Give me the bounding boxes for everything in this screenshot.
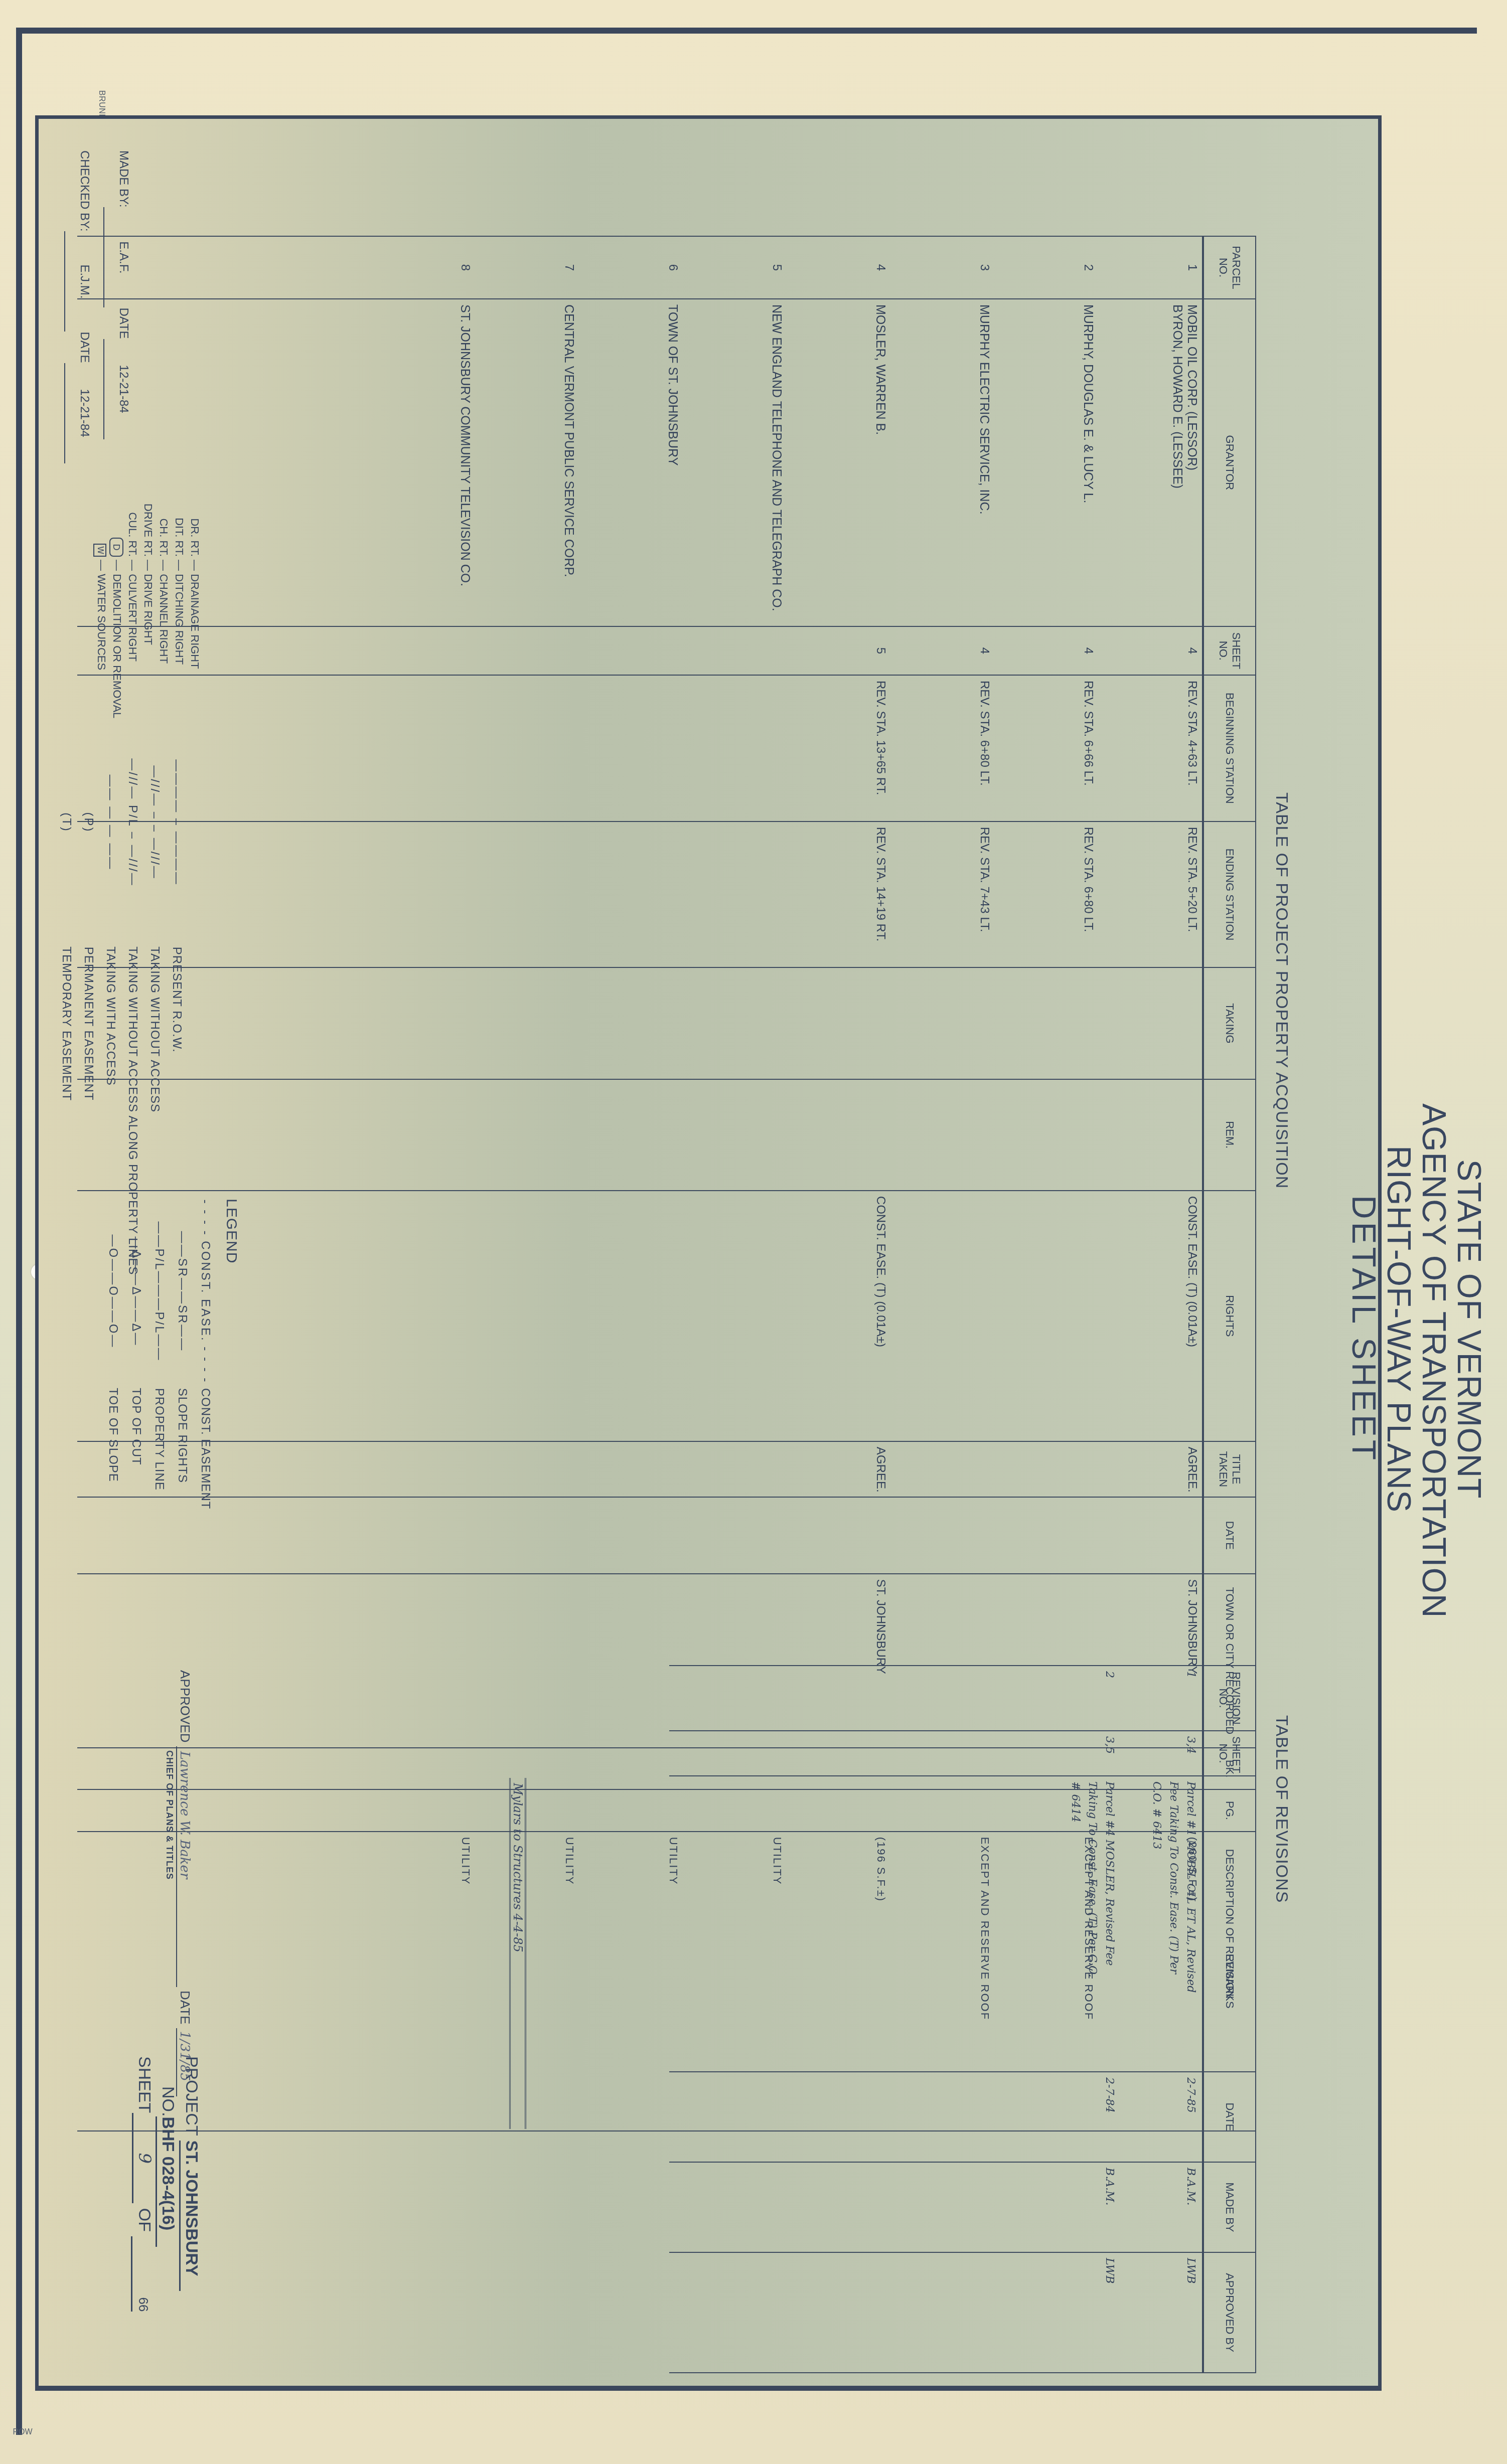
cell-rem bbox=[579, 1079, 683, 1191]
title-line: DETAIL SHEET bbox=[1346, 1103, 1382, 1555]
empty-cell bbox=[77, 1574, 168, 1748]
project-block: PROJECT ST. JOHNSBURY NO.BHF 028-4(16) S… bbox=[131, 2056, 203, 2312]
line-symbol-icon: - - - - CONST. EASE. - - - - bbox=[194, 1199, 217, 1384]
cell-no: 2 bbox=[1039, 1666, 1121, 1731]
abbreviation-value: DEMOLITION OR REMOVAL bbox=[111, 574, 123, 718]
col-header: SHEET NO. bbox=[1203, 1731, 1256, 1776]
cell-date bbox=[579, 1497, 683, 1574]
row-legend-label: PERMANENT EASEMENT bbox=[82, 947, 95, 1101]
drawing-sheet: BRUNING 44-131 40992 STATE OF VERMONT AG… bbox=[0, 0, 1507, 2464]
col-header: TITLE TAKEN bbox=[1203, 1441, 1256, 1497]
project-label: PROJECT bbox=[182, 2056, 201, 2136]
cell-parcel: 6 bbox=[579, 236, 683, 299]
empty-cell bbox=[669, 1776, 1039, 2072]
cell-remarks: UTILITY bbox=[168, 1832, 475, 2131]
line-symbol-icon: —///— P/L – —///— bbox=[121, 702, 143, 943]
abbreviation-key: CH. RT. bbox=[156, 502, 172, 557]
cell-date bbox=[475, 1497, 579, 1574]
line-symbol-icon: ——P/L———P/L—— bbox=[147, 1199, 171, 1384]
cell-rights bbox=[994, 1191, 1098, 1441]
line-symbol-icon: —///— – – —///— bbox=[143, 702, 166, 943]
cell-remarks: UTILITY bbox=[475, 1832, 579, 2131]
cell-approved-by: LWB bbox=[1039, 2252, 1121, 2373]
cell-begin: REV. STA. 4+63 LT. bbox=[1098, 675, 1203, 822]
empty-cell bbox=[669, 1666, 1039, 1731]
cell-rem bbox=[168, 1079, 475, 1191]
row-symbol-legend: ———— – ———— PRESENT R.O.W.—///— – – —///… bbox=[55, 702, 188, 1275]
cell-title-taken: AGREE. bbox=[1098, 1441, 1203, 1497]
row-legend-label: TAKING WITH ACCESS bbox=[104, 946, 117, 1086]
legend-item: —Δ——Δ——Δ— TOP OF CUT bbox=[124, 1199, 147, 1509]
empty-cell bbox=[669, 2072, 1039, 2162]
col-header: MADE BY bbox=[1203, 2162, 1256, 2252]
cell-rem bbox=[475, 1079, 579, 1191]
sheet-total: 66 bbox=[131, 2236, 155, 2312]
cell-end: REV. STA. 7+43 LT. bbox=[890, 822, 994, 968]
col-header: DATE bbox=[1203, 1497, 1256, 1574]
empty-cell bbox=[669, 2162, 1039, 2252]
dash: — bbox=[126, 557, 139, 574]
cell-begin bbox=[579, 675, 683, 822]
abbreviation-value: DRAINAGE RIGHT bbox=[189, 574, 201, 669]
cell-pg bbox=[168, 1789, 475, 1831]
row-legend-item: —///— – – —///— TAKING WITHOUT ACCESS bbox=[143, 702, 166, 1275]
dash: — bbox=[173, 557, 186, 574]
col-header: REM. bbox=[1203, 1079, 1256, 1191]
cell-sheet bbox=[579, 626, 683, 675]
cell-sheet bbox=[168, 626, 475, 675]
cell-approved-by: LWB bbox=[1121, 2252, 1203, 2373]
abbreviation-value: DRIVE RIGHT bbox=[142, 574, 155, 645]
cell-rem bbox=[683, 1079, 787, 1191]
legend-title: LEGEND bbox=[220, 1199, 243, 1509]
corner-label: ROW bbox=[13, 2428, 32, 2437]
cell-taking bbox=[168, 967, 475, 1079]
col-header: DATE bbox=[1203, 2072, 1256, 2162]
empty-cell bbox=[669, 1731, 1039, 1776]
cell-grantor: NEW ENGLAND TELEPHONE AND TELEGRAPH CO. bbox=[683, 299, 787, 626]
abbreviation-key: DIT. RT. bbox=[172, 502, 187, 557]
description-line: Taking To Const. Ease. (T) Per C.O. bbox=[1084, 1781, 1101, 2066]
cell-end bbox=[683, 822, 787, 968]
grantor-line: ST. JOHNSBURY COMMUNITY TELEVISION CO. bbox=[458, 304, 472, 621]
cell-end bbox=[579, 822, 683, 968]
dash: — bbox=[142, 557, 155, 574]
sheet-border-left bbox=[22, 28, 1477, 34]
checked-by-value: E.J.M. bbox=[64, 231, 103, 332]
made-date: 12-21-84 bbox=[103, 339, 142, 439]
cell-town bbox=[475, 1574, 579, 1748]
line-symbol-icon: —O——O——O— bbox=[101, 1199, 124, 1384]
cell-sheet: 3,5 bbox=[1039, 1731, 1121, 1776]
cell-taking bbox=[475, 967, 579, 1079]
row-legend-label: TAKING WITHOUT ACCESS bbox=[148, 946, 162, 1112]
line-symbol-icon: —Δ——Δ——Δ— bbox=[124, 1199, 147, 1384]
table-header-row: REVISION NO. SHEET NO. DESCRIPTION OF RE… bbox=[1203, 1666, 1256, 2373]
cell-begin bbox=[683, 675, 787, 822]
abbreviation-item: DIT. RT. — DITCHING RIGHT bbox=[172, 502, 187, 718]
cell-town bbox=[579, 1574, 683, 1748]
cell-rights: CONST. EASE. (T) (0.01A±) bbox=[787, 1191, 890, 1441]
abbreviation-value: CHANNEL RIGHT bbox=[158, 574, 170, 664]
cell-grantor: MOBIL OIL CORP. (LESSOR)BYRON, HOWARD E.… bbox=[1098, 299, 1203, 626]
line-symbol-icon: (T) bbox=[55, 702, 77, 943]
checked-by-label: CHECKED BY: bbox=[78, 150, 91, 231]
abbreviation-key: DR. RT. bbox=[187, 502, 203, 557]
cell-pg bbox=[475, 1789, 579, 1831]
cell-remarks: UTILITY bbox=[579, 1832, 683, 2131]
cell-description: Parcel #4 MOSLER, Revised FeeTaking To C… bbox=[1039, 1776, 1121, 2072]
cell-end bbox=[168, 822, 475, 968]
col-header: DESCRIPTION OF REVISION bbox=[1203, 1776, 1256, 2072]
cell-grantor: ST. JOHNSBURY COMMUNITY TELEVISION CO. bbox=[168, 299, 475, 626]
cell-date bbox=[683, 1497, 787, 1574]
cell-rem bbox=[994, 1079, 1098, 1191]
cell-title-taken bbox=[994, 1441, 1098, 1497]
row-legend-item: (T) TEMPORARY EASEMENT bbox=[55, 702, 77, 1275]
table-row: 6TOWN OF ST. JOHNSBURYUTILITY bbox=[579, 236, 683, 2131]
made-by-label: MADE BY: bbox=[117, 150, 130, 207]
demolition-hexagon-icon: D bbox=[109, 502, 125, 557]
cell-end: REV. STA. 14+19 RT. bbox=[787, 822, 890, 968]
grantor-line: BYRON, HOWARD E. (LESSEE) bbox=[1170, 304, 1184, 621]
cell-title-taken bbox=[683, 1441, 787, 1497]
cell-town bbox=[168, 1574, 475, 1748]
dash: — bbox=[111, 557, 123, 574]
cell-made-by: B.A.M. bbox=[1039, 2162, 1121, 2252]
line-symbol-icon: ———— – ———— bbox=[166, 702, 188, 943]
sheet-number: 9 bbox=[132, 2113, 156, 2203]
dash: — bbox=[158, 557, 170, 574]
cell-sheet bbox=[683, 626, 787, 675]
cell-sheet: 4 bbox=[994, 626, 1098, 675]
cell-begin: REV. STA. 6+80 LT. bbox=[890, 675, 994, 822]
description-line: Fee Taking To Const. Ease. (T) Per bbox=[1165, 1781, 1182, 2066]
row-legend-label: TEMPORARY EASEMENT bbox=[60, 946, 73, 1101]
cell-date bbox=[787, 1497, 890, 1574]
cell-pg bbox=[579, 1789, 683, 1831]
of-label: OF bbox=[135, 2208, 154, 2232]
cell-sheet: 3,4 bbox=[1121, 1731, 1203, 1776]
cell-parcel: 7 bbox=[475, 236, 579, 299]
approved-label: APPROVED bbox=[178, 1670, 193, 1743]
cell-taking bbox=[683, 967, 787, 1079]
approval-block: APPROVED Lawrence W. Baker DATE 1/31/85 … bbox=[176, 1670, 193, 2096]
cell-parcel: 2 bbox=[994, 236, 1098, 299]
cell-taking bbox=[787, 967, 890, 1079]
cell-rights bbox=[579, 1191, 683, 1441]
cell-parcel: 3 bbox=[890, 236, 994, 299]
abbreviation-item: CUL. RT. — CULVERT RIGHT bbox=[125, 502, 140, 718]
abbreviation-value: WATER SOURCES bbox=[95, 574, 108, 670]
title-line: AGENCY OF TRANSPORTATION bbox=[1417, 1103, 1452, 1555]
abbreviation-item: DR. RT. — DRAINAGE RIGHT bbox=[187, 502, 203, 718]
description-line: Parcel #1 MOBIL OIL ET AL, Revised bbox=[1182, 1781, 1199, 2066]
cell-description: Parcel #1 MOBIL OIL ET AL, RevisedFee Ta… bbox=[1121, 1776, 1203, 2072]
cell-title-taken: AGREE. bbox=[787, 1441, 890, 1497]
date-label: DATE bbox=[117, 307, 130, 339]
line-symbol-icon: —— — — —— bbox=[99, 702, 121, 943]
cell-grantor: MURPHY, DOUGLAS E. & LUCY L. bbox=[994, 299, 1098, 626]
table-row: 7CENTRAL VERMONT PUBLIC SERVICE CORP.UTI… bbox=[475, 236, 579, 2131]
revision-filler-row bbox=[669, 1666, 1039, 2373]
cell-end: REV. STA. 6+80 LT. bbox=[994, 822, 1098, 968]
cell-bk bbox=[168, 1748, 475, 1789]
cell-sheet: 4 bbox=[890, 626, 994, 675]
abbreviation-value: DITCHING RIGHT bbox=[173, 574, 186, 665]
approval-signature: Lawrence W. Baker bbox=[176, 1746, 192, 1987]
approval-subtitle: CHIEF OF PLANS & TITLES bbox=[164, 1750, 175, 1880]
cell-grantor: TOWN OF ST. JOHNSBURY bbox=[579, 299, 683, 626]
cell-made-by: B.A.M. bbox=[1121, 2162, 1203, 2252]
cell-taking bbox=[994, 967, 1098, 1079]
col-header: TAKING bbox=[1203, 967, 1256, 1079]
legend-label: CONST. EASEMENT bbox=[199, 1388, 212, 1510]
row-legend-item: (P) PERMANENT EASEMENT bbox=[77, 702, 99, 1275]
project-name: ST. JOHNSBURY bbox=[179, 2141, 203, 2291]
legend-label: TOE OF SLOPE bbox=[106, 1388, 120, 1482]
cell-end: REV. STA. 5+20 LT. bbox=[1098, 822, 1203, 968]
col-header: GRANTOR bbox=[1203, 299, 1256, 626]
grantor-line: MURPHY ELECTRIC SERVICE, INC. bbox=[977, 304, 991, 621]
sheet-border-bottom bbox=[16, 28, 22, 2435]
col-header: RIGHTS bbox=[1203, 1191, 1256, 1441]
cell-grantor: CENTRAL VERMONT PUBLIC SERVICE CORP. bbox=[475, 299, 579, 626]
legend-label: TOP OF CUT bbox=[129, 1388, 143, 1465]
approval-date-label: DATE bbox=[178, 1991, 193, 2024]
grantor-line: MURPHY, DOUGLAS E. & LUCY L. bbox=[1081, 304, 1095, 621]
checked-date: 12-21-84 bbox=[64, 363, 103, 463]
cell-parcel: 1 bbox=[1098, 236, 1203, 299]
abbreviation-item: DRIVE RT. — DRIVE RIGHT bbox=[140, 502, 156, 718]
revisions-table: REVISION NO. SHEET NO. DESCRIPTION OF RE… bbox=[669, 1665, 1256, 2373]
row-legend-item: ———— – ———— PRESENT R.O.W. bbox=[166, 702, 188, 1275]
cell-bk bbox=[475, 1748, 579, 1789]
title-block: STATE OF VERMONT AGENCY OF TRANSPORTATIO… bbox=[1346, 1103, 1487, 1555]
cell-begin bbox=[475, 675, 579, 822]
cell-bk bbox=[579, 1748, 683, 1789]
cell-rem bbox=[787, 1079, 890, 1191]
revision-row: 23,5Parcel #4 MOSLER, Revised FeeTaking … bbox=[1039, 1666, 1121, 2373]
abbreviation-value: CULVERT RIGHT bbox=[126, 574, 139, 662]
cell-date: 2-7-85 bbox=[1121, 2072, 1203, 2162]
project-no-label: NO. bbox=[159, 2086, 178, 2116]
dash: — bbox=[189, 557, 201, 574]
cell-rem bbox=[1098, 1079, 1203, 1191]
cell-title-taken bbox=[890, 1441, 994, 1497]
line-symbol-icon: (P) bbox=[77, 702, 99, 943]
dash: — bbox=[95, 557, 108, 574]
empty-cell bbox=[77, 1748, 168, 1789]
cell-rights bbox=[475, 1191, 579, 1441]
cell-parcel: 4 bbox=[787, 236, 890, 299]
cell-rights bbox=[683, 1191, 787, 1441]
cell-grantor: MOSLER, WARREN B. bbox=[787, 299, 890, 626]
grantor-line: MOBIL OIL CORP. (LESSOR) bbox=[1184, 304, 1199, 621]
cell-date bbox=[994, 1497, 1098, 1574]
sheet-label: SHEET bbox=[135, 2056, 154, 2113]
col-header: BEGINNING STATION bbox=[1203, 675, 1256, 822]
cell-grantor: MURPHY ELECTRIC SERVICE, INC. bbox=[890, 299, 994, 626]
legend-label: SLOPE RIGHTS bbox=[176, 1388, 189, 1483]
cell-rights: CONST. EASE. (T) (0.01A±) bbox=[1098, 1191, 1203, 1441]
cell-sheet: 5 bbox=[787, 626, 890, 675]
cell-begin: REV. STA. 13+65 RT. bbox=[787, 675, 890, 822]
grantor-line: MOSLER, WARREN B. bbox=[873, 304, 887, 621]
rights-abbreviations: DR. RT. — DRAINAGE RIGHTDIT. RT. — DITCH… bbox=[93, 502, 203, 718]
row-legend-item: —///— P/L – —///— TAKING WITHOUT ACCESS … bbox=[121, 702, 143, 1275]
abbreviation-key: DRIVE RT. bbox=[140, 502, 156, 557]
cell-date bbox=[890, 1497, 994, 1574]
table-row: 8ST. JOHNSBURY COMMUNITY TELEVISION CO.U… bbox=[168, 236, 475, 2131]
legend-item: —O——O——O— TOE OF SLOPE bbox=[101, 1199, 124, 1509]
row-legend-label: PRESENT R.O.W. bbox=[170, 947, 184, 1053]
cell-taking bbox=[579, 967, 683, 1079]
legend-label: PROPERTY LINE bbox=[153, 1388, 166, 1491]
legend-item: - - - - CONST. EASE. - - - - CONST. EASE… bbox=[194, 1199, 217, 1509]
cell-sheet: 4 bbox=[1098, 626, 1203, 675]
cell-date: 2-7-84 bbox=[1039, 2072, 1121, 2162]
col-header: APPROVED BY bbox=[1203, 2252, 1256, 2373]
legend-item: ——SR——SR—— SLOPE RIGHTS bbox=[171, 1199, 194, 1509]
revisions-table-title: TABLE OF REVISIONS bbox=[1272, 1715, 1291, 1903]
water-square-icon: W bbox=[93, 502, 109, 557]
cell-taking bbox=[890, 967, 994, 1079]
acquisition-table-title: TABLE OF PROJECT PROPERTY ACQUISITION bbox=[1272, 792, 1291, 1189]
made-by-value: E.A.F. bbox=[103, 207, 142, 307]
cell-rem bbox=[890, 1079, 994, 1191]
description-line: C.O. # 6413 bbox=[1148, 1781, 1165, 2066]
cell-title-taken bbox=[475, 1441, 579, 1497]
title-line: RIGHT-OF-WAY PLANS bbox=[1382, 1103, 1417, 1555]
empty-cell bbox=[77, 1789, 168, 1831]
col-header: REVISION NO. bbox=[1203, 1666, 1256, 1731]
grantor-line: NEW ENGLAND TELEPHONE AND TELEGRAPH CO. bbox=[769, 304, 784, 621]
signoff-block: MADE BY:E.A.F.DATE12-21-84 CHECKED BY:E.… bbox=[64, 150, 142, 463]
revision-row: 13,4Parcel #1 MOBIL OIL ET AL, RevisedFe… bbox=[1121, 1666, 1203, 2373]
abbreviation-item: W — WATER SOURCES bbox=[93, 502, 109, 718]
cell-rights bbox=[890, 1191, 994, 1441]
abbreviation-key: CUL. RT. bbox=[125, 502, 140, 557]
abbreviation-item: CH. RT. — CHANNEL RIGHT bbox=[156, 502, 172, 718]
revisions-table-body: 13,4Parcel #1 MOBIL OIL ET AL, RevisedFe… bbox=[669, 1666, 1203, 2373]
legend: LEGEND - - - - CONST. EASE. - - - - CONS… bbox=[101, 1199, 243, 1509]
description-line: # 6414 bbox=[1067, 1781, 1084, 2066]
cell-parcel: 8 bbox=[168, 236, 475, 299]
col-header: PARCEL NO. bbox=[1203, 236, 1256, 299]
cell-begin: REV. STA. 6+66 LT. bbox=[994, 675, 1098, 822]
cell-title-taken bbox=[579, 1441, 683, 1497]
cell-no: 1 bbox=[1121, 1666, 1203, 1731]
line-symbol-icon: ——SR——SR—— bbox=[171, 1199, 194, 1384]
empty-cell bbox=[669, 2252, 1039, 2373]
date-label: DATE bbox=[78, 332, 91, 363]
abbreviation-item: D — DEMOLITION OR REMOVAL bbox=[109, 502, 125, 718]
legend-item: ——P/L———P/L—— PROPERTY LINE bbox=[147, 1199, 171, 1509]
cell-sheet bbox=[475, 626, 579, 675]
cell-begin bbox=[168, 675, 475, 822]
revision-note: Mylars to Structures 4-4-85 bbox=[509, 1778, 526, 2129]
row-legend-item: —— — — —— TAKING WITH ACCESS bbox=[99, 702, 121, 1275]
cell-date bbox=[1098, 1497, 1203, 1574]
project-number: BHF 028-4(16) bbox=[156, 2116, 179, 2247]
cell-end bbox=[475, 822, 579, 968]
title-line: STATE OF VERMONT bbox=[1452, 1103, 1487, 1555]
cell-taking bbox=[1098, 967, 1203, 1079]
col-header: SHEET NO. bbox=[1203, 626, 1256, 675]
grantor-line: CENTRAL VERMONT PUBLIC SERVICE CORP. bbox=[561, 304, 576, 621]
description-line: Parcel #4 MOSLER, Revised Fee bbox=[1101, 1781, 1118, 2066]
col-header: ENDING STATION bbox=[1203, 822, 1256, 968]
grantor-line: TOWN OF ST. JOHNSBURY bbox=[665, 304, 680, 621]
cell-parcel: 5 bbox=[683, 236, 787, 299]
